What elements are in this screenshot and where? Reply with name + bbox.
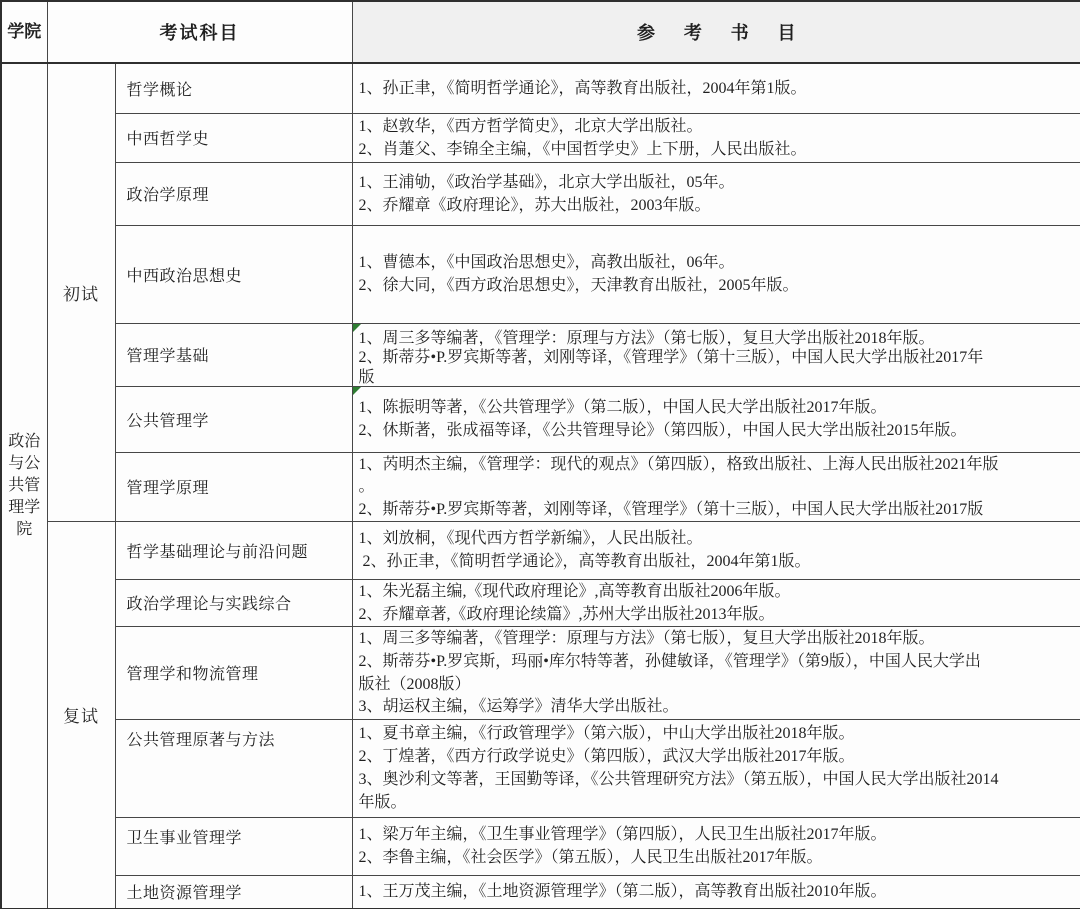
subject-cell: 政治学理论与实践综合 [115,579,352,626]
green-corner-marker-icon [353,324,361,332]
ref-item: 1、朱光磊主编,《现代政府理论》,高等教育出版社2006年版。 [359,580,1080,603]
ref-item: 2、丁煌著，《西方行政学说史》（第四版），武汉大学出版社2017年版。 [359,745,1080,768]
subject-cell: 哲学概论 [115,63,352,113]
subject-cell: 中西政治思想史 [115,225,352,323]
table-row: 管理学原理 1、芮明杰主编，《管理学：现代的观点》（第四版），格致出版社、上海人… [1,452,1080,521]
ref-item: 1、孙正聿，《简明哲学通论》，高等教育出版社，2004年第1版。 [359,77,1080,100]
ref-item: 1、王浦劬，《政治学基础》，北京大学出版社，05年。 [359,171,1080,194]
ref-item: 1、芮明杰主编，《管理学：现代的观点》（第四版），格致出版社、上海人民出版社20… [359,453,1080,475]
table-row: 中西政治思想史 1、曹德本，《中国政治思想史》，高教出版社，06年。 2、徐大同… [1,225,1080,323]
table-row: 土地资源管理学 1、王万茂主编，《土地资源管理学》（第二版），高等教育出版社20… [1,875,1080,909]
phase-cell-first-exam: 初试 [47,63,115,521]
refs-cell: 1、陈振明等著，《公共管理学》（第二版），中国人民大学出版社2017年版。 2、… [352,386,1080,452]
header-reference-books: 参考书目 [352,1,1080,63]
table-row: 政治与公共管理学院 初试 哲学概论 1、孙正聿，《简明哲学通论》，高等教育出版社… [1,63,1080,113]
document-page: 学院 考试科目 参考书目 政治与公共管理学院 初试 哲学概论 1、孙正聿，《简明… [0,0,1080,909]
header-college: 学院 [1,1,47,63]
ref-item: 版 [359,366,1080,386]
table-row: 管理学和物流管理 1、周三多等编著，《管理学：原理与方法》（第七版），复旦大学出… [1,626,1080,719]
refs-cell: 1、周三多等编著，《管理学：原理与方法》（第七版），复旦大学出版社2018年版。… [352,626,1080,719]
ref-item: 3、奥沙利文等著，王国勤等译，《公共管理研究方法》（第五版），中国人民大学出版社… [359,768,1080,791]
ref-item: 。 [359,475,1080,497]
phase-cell-second-exam: 复试 [47,521,115,909]
refs-cell: 1、赵敦华，《西方哲学简史》，北京大学出版社。 2、肖萐父、李锦全主编，《中国哲… [352,113,1080,162]
refs-cell: 1、孙正聿，《简明哲学通论》，高等教育出版社，2004年第1版。 [352,63,1080,113]
ref-item: 2、斯蒂芬•P.罗宾斯等著，刘刚等译，《管理学》（第十三版），中国人民大学出版社… [359,498,1080,520]
table-row: 公共管理原著与方法 1、夏书章主编，《行政管理学》（第六版），中山大学出版社20… [1,719,1080,817]
ref-item: 3、胡运权主编，《运筹学》清华大学出版社。 [359,695,1080,718]
table-row: 卫生事业管理学 1、梁万年主编，《卫生事业管理学》（第四版），人民卫生出版社20… [1,817,1080,875]
ref-item: 2、孙正聿，《简明哲学通论》，高等教育出版社，2004年第1版。 [359,550,1080,573]
table-row: 政治学原理 1、王浦劬，《政治学基础》，北京大学出版社，05年。 2、乔耀章《政… [1,162,1080,225]
subject-cell: 管理学原理 [115,452,352,521]
subject-cell: 中西哲学史 [115,113,352,162]
ref-item: 版社（2008版） [359,673,1080,696]
refs-cell: 1、梁万年主编，《卫生事业管理学》（第四版），人民卫生出版社2017年版。 2、… [352,817,1080,875]
subject-cell: 卫生事业管理学 [115,817,352,875]
subject-cell: 公共管理学 [115,386,352,452]
college-name-cell: 政治与公共管理学院 [1,63,47,909]
subject-cell: 管理学和物流管理 [115,626,352,719]
ref-item: 1、梁万年主编，《卫生事业管理学》（第四版），人民卫生出版社2017年版。 [359,823,1080,846]
table-row: 公共管理学 1、陈振明等著，《公共管理学》（第二版），中国人民大学出版社2017… [1,386,1080,452]
reference-books-table: 学院 考试科目 参考书目 政治与公共管理学院 初试 哲学概论 1、孙正聿，《简明… [0,0,1080,909]
ref-item: 年版。 [359,791,1080,814]
ref-item: 1、曹德本，《中国政治思想史》，高教出版社，06年。 [359,251,1080,274]
subject-cell: 公共管理原著与方法 [115,719,352,817]
subject-cell: 管理学基础 [115,323,352,386]
header-reference-books-label: 参考书目 [637,23,824,43]
refs-cell: 1、刘放桐，《现代西方哲学新编》，人民出版社。 2、孙正聿，《简明哲学通论》，高… [352,521,1080,579]
refs-cell: 1、曹德本，《中国政治思想史》，高教出版社，06年。 2、徐大同，《西方政治思想… [352,225,1080,323]
ref-item: 2、乔耀章《政府理论》，苏大出版社，2003年版。 [359,194,1080,217]
ref-item: 2、休斯著，张成福等译，《公共管理导论》（第四版），中国人民大学出版社2015年… [359,419,1080,442]
refs-cell: 1、朱光磊主编,《现代政府理论》,高等教育出版社2006年版。 2、乔耀章著,《… [352,579,1080,626]
table-row: 复试 哲学基础理论与前沿问题 1、刘放桐，《现代西方哲学新编》，人民出版社。 2… [1,521,1080,579]
ref-item: 2、斯蒂芬•P.罗宾斯，玛丽•库尔特等著，孙健敏译，《管理学》（第9版），中国人… [359,650,1080,673]
ref-item: 1、刘放桐，《现代西方哲学新编》，人民出版社。 [359,527,1080,550]
table-row: 管理学基础 1、周三多等编著，《管理学：原理与方法》（第七版），复旦大学出版社2… [1,323,1080,386]
subject-cell: 哲学基础理论与前沿问题 [115,521,352,579]
refs-cell: 1、王浦劬，《政治学基础》，北京大学出版社，05年。 2、乔耀章《政府理论》，苏… [352,162,1080,225]
refs-cell: 1、芮明杰主编，《管理学：现代的观点》（第四版），格致出版社、上海人民出版社20… [352,452,1080,521]
header-row: 学院 考试科目 参考书目 [1,1,1080,63]
ref-item: 1、陈振明等著，《公共管理学》（第二版），中国人民大学出版社2017年版。 [359,396,1080,419]
ref-item: 2、肖萐父、李锦全主编，《中国哲学史》上下册，人民出版社。 [359,138,1080,161]
table-row: 政治学理论与实践综合 1、朱光磊主编,《现代政府理论》,高等教育出版社2006年… [1,579,1080,626]
green-corner-marker-icon [353,387,361,395]
subject-cell: 土地资源管理学 [115,875,352,909]
header-exam-subjects: 考试科目 [47,1,352,63]
ref-item: 2、李鲁主编，《社会医学》（第五版），人民卫生出版社2017年版。 [359,846,1080,869]
refs-cell: 1、王万茂主编，《土地资源管理学》（第二版），高等教育出版社2010年版。 [352,875,1080,909]
table-row: 中西哲学史 1、赵敦华，《西方哲学简史》，北京大学出版社。 2、肖萐父、李锦全主… [1,113,1080,162]
refs-cell: 1、周三多等编著，《管理学：原理与方法》（第七版），复旦大学出版社2018年版。… [352,323,1080,386]
ref-item: 1、周三多等编著，《管理学：原理与方法》（第七版），复旦大学出版社2018年版。 [359,327,1080,347]
ref-item: 1、王万茂主编，《土地资源管理学》（第二版），高等教育出版社2010年版。 [359,880,1080,903]
ref-item: 1、赵敦华，《西方哲学简史》，北京大学出版社。 [359,115,1080,138]
ref-item: 1、夏书章主编，《行政管理学》（第六版），中山大学出版社2018年版。 [359,722,1080,745]
ref-item: 2、乔耀章著,《政府理论续篇》,苏州大学出版社2013年版。 [359,603,1080,626]
refs-cell: 1、夏书章主编，《行政管理学》（第六版），中山大学出版社2018年版。 2、丁煌… [352,719,1080,817]
ref-item: 1、周三多等编著，《管理学：原理与方法》（第七版），复旦大学出版社2018年版。 [359,627,1080,650]
ref-item: 2、斯蒂芬•P.罗宾斯等著，刘刚等译，《管理学》（第十三版），中国人民大学出版社… [359,346,1080,366]
ref-item: 2、徐大同，《西方政治思想史》，天津教育出版社，2005年版。 [359,274,1080,297]
subject-cell: 政治学原理 [115,162,352,225]
